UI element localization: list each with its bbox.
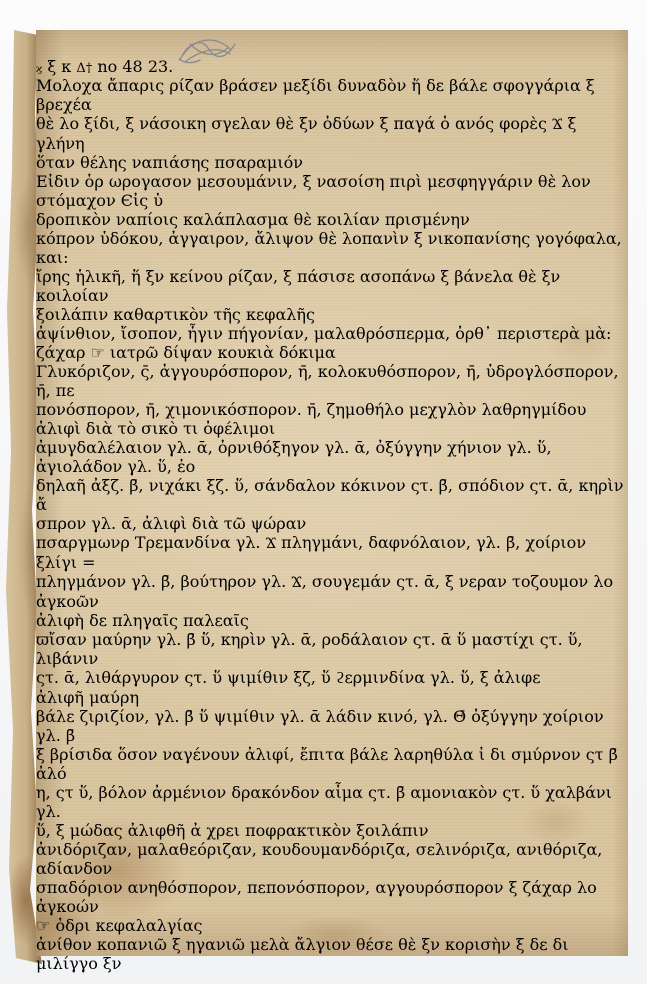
text-segment: ζάχαρ [36, 343, 90, 362]
text-segment: ἴρης ἡλικῆ, ἥ ξν κείνου ρίζαν, ξ πάσισε … [36, 267, 560, 305]
text-segment: λυκόριζον, ς̄, ἀγγουρόσπορον, η̄, κολοκυ… [36, 362, 619, 400]
manuscript-line: Μολοχα ἄπαρις ρίζαν βράσεν μεξίδι δυναδὸ… [36, 76, 628, 114]
manuscript-line: θὲ λο ξίδι, ξ νάσοικη σγελαν θὲ ξν ὀδύων… [36, 114, 628, 153]
manuscript-line: ξ βρίσιδα ὅσον ναγένουν ἀλιφί, ἔπιτα βάλ… [36, 745, 628, 783]
text-segment: πονόσπορον, η̄, χιμονικόσπορον. η̄, ζημο… [36, 400, 586, 419]
rubric-heading-line: δροπικὸν ναπίοις καλάπλασμα θὲ κοιλίαν π… [36, 210, 628, 229]
manuscript-line: ςτ. ᾱ, λιθάργυρον ςτ. ὕ ψιμίθιν ξζ, ὕ ϩε… [36, 668, 628, 688]
text-segment: ἀ [36, 419, 47, 438]
manuscript-line: δηλαῆ ἀξζ. β̄, νιχάκι ξζ. ὕ, σάνδαλον κό… [36, 476, 628, 514]
text-segment: πσαργμωνρ [36, 533, 130, 552]
text-segment: ἀ [190, 821, 206, 840]
text-segment: ἰδιν ὁρ [48, 172, 109, 191]
text-segment: Τ [135, 533, 146, 552]
text-segment: Μ [36, 76, 52, 95]
text-segment: ὁδρι κεφαλαλγίας [55, 916, 202, 935]
margin-xi-note: ξ [47, 57, 56, 76]
text-segment: ἀ [36, 324, 47, 343]
pencil-top-mark: no [97, 57, 117, 76]
manuscript-line: πσαργμωνρ Τρεμανδίνα γλ. Ϫ πληγμάνι, δαφ… [36, 533, 628, 572]
pencil-scribble-icon [178, 30, 240, 72]
text-segment: λιφὶ διὰ τὸ σικὸ τι ὀφέλιμοι [47, 419, 275, 438]
manuscript-line: ἀνίθον κοπανιῶ ξ ηγανιῶ μελὰ ἄλγιον θέσε… [36, 935, 628, 973]
manuscript-line: βάλε ζιριζίον, γλ. β̄ ὕ ψιμίθιν γλ. ᾱ λά… [36, 707, 628, 745]
text-segment: δροπικὸν ναπίοις καλάπλασμα θὲ κοιλίαν π… [36, 210, 470, 229]
text-segment: λιφῆ μαύρη [47, 688, 139, 707]
pointing-hand-icon: ☞ [36, 916, 55, 935]
manuscript-line: ὕ, ξ μώδας ἀλιφθῆ ἀ χρει ποφρακτικὸν ξοι… [36, 821, 628, 840]
text-segment: ἴσαν μαύρην γλ. β̄ ὕ, κηρὶν γλ. ᾱ, ροδάλ… [36, 630, 583, 668]
text-segment: λιφὴ δε πληγαῖς παλεαῖς [47, 611, 249, 630]
text-segment: νιδόριζαν, μαλαθεόριζαν, κουδουμανδόριζα… [36, 840, 602, 878]
text-segment: ἀ [36, 438, 47, 457]
text-segment: ποφρακτικὸν ξοιλάπιν [240, 821, 428, 840]
rubric-heading-line: ξοιλάπιν καθαρτικὸν τῆς κεφαλῆς [36, 305, 628, 324]
manuscript-line: πονόσπορον, η̄, χιμονικόσπορον. η̄, ζημο… [36, 400, 628, 419]
manuscript-line: ἀνιδόριζαν, μαλαθεόριζαν, κουδουμανδόριζ… [36, 840, 628, 878]
manuscript-line: Εἰδιν ὁρ ωρογασον μεσουμάνιν, ξ νασοίση … [36, 172, 628, 210]
manuscript-line: η, ςτ ὕ, βόλον ἀρμένιον δρακόνδον αἷμα ς… [36, 783, 628, 821]
manuscript-line: σπαδόριον ανηθόσπορον, πεπονόσπορον, αγγ… [36, 878, 628, 916]
text-segment: ἀ [36, 688, 47, 707]
text-segment: ϖ [36, 630, 49, 649]
text-segment: Ε [36, 172, 48, 191]
manuscript-line: ϖἴσαν μαύρην γλ. β̄ ὕ, κηρὶν γλ. ᾱ, ροδά… [36, 630, 628, 668]
rubric-heading-line: ὅταν θέλης ναπιάσης πσαραμιόν [36, 153, 628, 172]
text-segment: θὲ λο ξίδι, ξ νάσοικη σγελαν θὲ ξν ὀδύων… [36, 114, 576, 153]
text-segment: ἀ [36, 935, 47, 954]
pencil-folio-number: 23. [148, 57, 173, 76]
manuscript-page: ϗ ξ κ Δ† no 48 23. Μολοχα ἄπαρις ρίζαν β… [36, 30, 628, 956]
text-segment: όπρον ὑδόκου, ἀγγαιρον, ἄλιψον θὲ λοπανὶ… [36, 229, 622, 267]
pointing-hand-icon: ☞ [90, 343, 109, 362]
rubric-heading-line: ☞ ὁδρι κεφαλαλγίας [36, 916, 628, 935]
margin-kappa-note: κ [61, 57, 71, 76]
manuscript-line: ἀμυγδαλέλαιον γλ. ᾱ, ὀρνιθόξηγον γλ. ᾱ, … [36, 438, 628, 476]
text-segment: σπρον γλ. ᾱ, [36, 514, 142, 533]
text-segment: η, ςτ ὕ, βόλον ἀρμένιον δρακόνδον αἷμα ς… [36, 783, 612, 821]
text-segment: ςτ. ᾱ, λιθάργυρον ςτ. ὕ ψιμίθιν ξζ, ὕ ϩε… [36, 668, 541, 687]
manuscript-line: ἴρης ἡλικῆ, ἥ ξν κείνου ρίζαν, ξ πάσισε … [36, 267, 628, 305]
text-segment: ξοιλάπιν καθαρτικὸν τῆς κεφαλῆς [36, 305, 315, 324]
text-segment: νίθον κοπανιῶ ξ ηγανιῶ μελὰ ἄλγιον θέσε … [36, 935, 569, 973]
text-segment: ἀ [36, 840, 47, 859]
text-segment: λιφὶ διὰ τῶ ψώραν [153, 514, 306, 533]
manuscript-line: πληγμάνον γλ. β̄, βούτηρον γλ. Ϫ, σουγεμ… [36, 572, 628, 611]
text-segment: δηλαῆ ἀξζ. β̄, νιχάκι ξζ. ὕ, σάνδαλον κό… [36, 476, 623, 514]
pencil-crossed-folio-number: 48 [122, 57, 142, 76]
margin-delta-cross-note: Δ† [76, 61, 92, 76]
text-segment: σπαδόριον ανηθόσπορον, πεπονόσπορον, αγγ… [36, 878, 597, 916]
text-segment: ιατρῶ δίψαν κουκιὰ δόκιμα [110, 343, 336, 362]
rubric-heading-line: ἀλιφῆ μαύρη [36, 688, 628, 707]
text-segment: ὕ, ξ μώδας ἀλιφθῆ [36, 821, 190, 840]
text-segment: ἀ [142, 514, 153, 533]
text-segment: ἀ [36, 611, 47, 630]
manuscript-line: σπρον γλ. ᾱ, ἀλιφὶ διὰ τῶ ψώραν [36, 514, 628, 533]
text-segment: χρει [206, 821, 240, 840]
manuscript-scan: ϗ ξ κ Δ† no 48 23. Μολοχα ἄπαρις ρίζαν β… [0, 0, 647, 984]
text-segment: ωρογασον [109, 172, 192, 191]
text-segment: ψίνθιον, ἴσοπον, ἦγιν πήγονίαν, μαλαθρόσ… [47, 324, 612, 343]
rubric-heading-line: ἀλιφὶ διὰ τὸ σικὸ τι ὀφέλιμοι [36, 419, 628, 438]
text-segment: Γ [36, 362, 47, 381]
margin-kappa-red-mark: ϗ [36, 64, 42, 75]
text-segment: ολοχα ἄπαρις ρίζαν βράσεν μεξίδι δυναδὸν… [36, 76, 595, 114]
manuscript-line: κόπρον ὑδόκου, ἀγγαιρον, ἄλιψον θὲ λοπαν… [36, 229, 628, 267]
text-segment: άλε ζιριζίον, γλ. β̄ ὕ ψιμίθιν γλ. ᾱ λάδ… [36, 707, 604, 745]
manuscript-line: ἀψίνθιον, ἴσοπον, ἦγιν πήγονίαν, μαλαθρό… [36, 324, 628, 343]
text-segment: β [36, 707, 45, 726]
text-segment: ὅταν θέλης ναπιάσης πσαραμιόν [36, 153, 303, 172]
rubric-heading-line: ἀλιφὴ δε πληγαῖς παλεαῖς [36, 611, 628, 630]
text-segment: κ [36, 229, 46, 248]
text-segment: ξ βρίσιδα ὅσον ναγένουν ἀλιφί, ἔπιτα βάλ… [36, 745, 618, 783]
text-segment: Єἰς ὑ [121, 191, 163, 210]
manuscript-line: Γλυκόριζον, ς̄, ἀγγουρόσπορον, η̄, κολοκ… [36, 362, 628, 400]
manuscript-line: ζάχαρ ☞ ιατρῶ δίψαν κουκιὰ δόκιμα [36, 343, 628, 362]
text-segment: μυγδαλέλαιον γλ. ᾱ, ὀρνιθόξηγον γλ. ᾱ, ὀ… [36, 438, 552, 476]
manuscript-text: Μολοχα ἄπαρις ρίζαν βράσεν μεξίδι δυναδὸ… [36, 76, 628, 973]
text-segment: πληγμάνον γλ. β̄, βούτηρον γλ. Ϫ, σουγεμ… [36, 572, 613, 611]
